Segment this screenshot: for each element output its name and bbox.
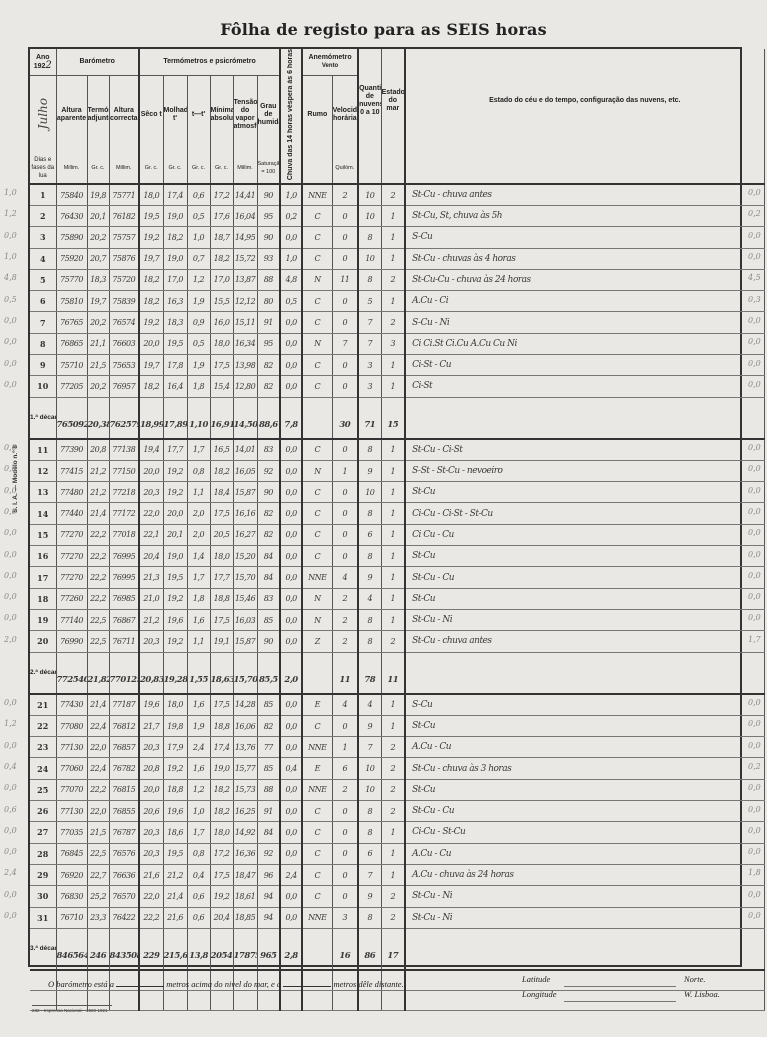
cell-chuva: 2,0 <box>280 652 302 694</box>
cell-vel: 0 <box>332 886 358 907</box>
cell-nuvens: 8 <box>358 609 381 630</box>
longitude-blank[interactable] <box>564 992 676 1002</box>
cell-diff: 2,4 <box>187 737 210 758</box>
cell-rumo: C <box>302 546 332 567</box>
cell-term-adj: 22,2 <box>87 567 109 588</box>
cell-hum: 82 <box>257 376 280 397</box>
cell-chuva: 0,0 <box>280 524 302 545</box>
cell-min: 19,1 <box>210 631 233 652</box>
cell-estado: S-Cu <box>405 694 764 715</box>
cell-mar: 2 <box>381 269 405 290</box>
cell-mar: 1 <box>381 546 405 567</box>
cell-seco: 20,3 <box>139 843 163 864</box>
day-number: 11 <box>30 439 56 460</box>
cell-molh: 19,5 <box>163 843 187 864</box>
register-sheet: Ano 1922 Barómetro Termómetros e psicróm… <box>28 47 742 967</box>
cell-mar: 1 <box>381 524 405 545</box>
cell-nuvens: 10 <box>358 758 381 779</box>
cell-diff: 1,9 <box>187 355 210 376</box>
cell-seco: 20,0 <box>139 779 163 800</box>
corrected-height-header: Altura correcta <box>109 76 139 154</box>
altitude-blank[interactable] <box>116 986 164 987</box>
cell-seco: 19,7 <box>139 355 163 376</box>
cell-mar: 1 <box>381 843 405 864</box>
cell-molh: 19,0 <box>163 205 187 226</box>
cell-vel: 2 <box>332 631 358 652</box>
cell-diff: 0,5 <box>187 333 210 354</box>
cell-hum: 82 <box>257 524 280 545</box>
cell-estado: A.Cu - Ci <box>405 291 764 312</box>
cell-tensao: 16,06 <box>233 715 257 736</box>
cell-alt-ap: 75710 <box>56 355 87 376</box>
cell-min: 18,2 <box>210 779 233 800</box>
cell-seco: 21,3 <box>139 567 163 588</box>
cell-molh: 19,28 <box>163 652 187 694</box>
cell-estado: A.Cu - Cu <box>405 843 764 864</box>
cell-molh: 19,2 <box>163 758 187 779</box>
cell-chuva: 0,0 <box>280 333 302 354</box>
margin-note-left: 0,0 <box>4 698 17 707</box>
cell-min: 18,4 <box>210 482 233 503</box>
margin-note-left: 2,4 <box>4 868 17 877</box>
cell-rumo: C <box>302 801 332 822</box>
cell-chuva: 0,0 <box>280 822 302 843</box>
cell-rumo: N <box>302 460 332 481</box>
cell-alt-ap: 77415 <box>56 460 87 481</box>
cell-alt-ap: 77270 <box>56 546 87 567</box>
cell-seco: 18,2 <box>139 376 163 397</box>
cell-term-adj: 21,4 <box>87 503 109 524</box>
cell-mar: 1 <box>381 482 405 503</box>
cell-hum: 80 <box>257 291 280 312</box>
cell-alt-ap: 772540 <box>56 652 87 694</box>
cell-nuvens: 10 <box>358 482 381 503</box>
cell-tensao: 14,92 <box>233 822 257 843</box>
unit-millim-2: Millim. <box>109 154 139 184</box>
table-row: 227708022,47681221,719,81,918,816,06820,… <box>30 715 764 736</box>
cell-tensao: 15,87 <box>233 631 257 652</box>
margin-note-left: 0,0 <box>4 911 17 920</box>
margin-note-left: 0,0 <box>4 592 17 601</box>
cell-estado: A.Cu - Cu <box>405 737 764 758</box>
cell-mar: 2 <box>381 312 405 333</box>
day-number: 28 <box>30 843 56 864</box>
cell-seco: 21,2 <box>139 609 163 630</box>
table-row: 87686521,17660320,019,50,518,016,34950,0… <box>30 333 764 354</box>
cell-mar: 1 <box>381 205 405 226</box>
cell-nuvens: 78 <box>358 652 381 694</box>
cell-seco: 18,2 <box>139 291 163 312</box>
cell-min: 18,8 <box>210 715 233 736</box>
cell-alt-ap: 77035 <box>56 822 87 843</box>
cell-estado: Ci-Cu - St-Cu <box>405 822 764 843</box>
cell-alt-ap: 76710 <box>56 907 87 928</box>
day-number: 6 <box>30 291 56 312</box>
unit-saturation: Saturação = 100 <box>257 154 280 184</box>
cell-alt-ap: 765092 <box>56 397 87 439</box>
cell-nuvens: 4 <box>358 694 381 715</box>
cell-seco: 19,6 <box>139 694 163 715</box>
cell-nuvens: 6 <box>358 843 381 864</box>
cell-seco: 229 <box>139 928 163 970</box>
cell-seco: 20,8 <box>139 758 163 779</box>
barometer-note-2: metros acima do nivel do mar, e a <box>166 979 281 989</box>
margin-note-left: 4,8 <box>4 273 17 282</box>
cell-estado: St-Cu <box>405 779 764 800</box>
cell-rumo: C <box>302 248 332 269</box>
cell-mar: 1 <box>381 609 405 630</box>
cell-estado: St-Cu <box>405 715 764 736</box>
cell-diff: 0,6 <box>187 886 210 907</box>
cell-chuva: 0,0 <box>280 715 302 736</box>
cell-estado: St-Cu, St, chuva às 5h <box>405 205 764 226</box>
margin-note-left: 0,0 <box>4 613 17 622</box>
cell-term-adj: 22,0 <box>87 737 109 758</box>
margin-note-left: 0,0 <box>4 316 17 325</box>
table-row: 297692022,77663621,621,20,417,518,47962,… <box>30 864 764 885</box>
cell-chuva: 0,5 <box>280 291 302 312</box>
cell-tensao: 12,80 <box>233 376 257 397</box>
margin-note-left: 0,0 <box>4 550 17 559</box>
blank-cell <box>210 990 233 1010</box>
cell-chuva: 0,0 <box>280 355 302 376</box>
table-row: 37589020,27575719,218,21,018,714,95900,0… <box>30 227 764 248</box>
observation-rows: 17584019,87577118,017,40,617,214,41901,0… <box>30 184 764 1010</box>
cell-min: 17,6 <box>210 205 233 226</box>
cell-vel: 30 <box>332 397 358 439</box>
cell-tensao: 15,70 <box>233 567 257 588</box>
cell-mar: 1 <box>381 355 405 376</box>
cell-min: 20,5 <box>210 524 233 545</box>
cell-alt-corr: 76603 <box>109 333 139 354</box>
cell-diff: 0,8 <box>187 460 210 481</box>
cell-tensao: 17875 <box>233 928 257 970</box>
cell-seco: 22,2 <box>139 907 163 928</box>
cell-diff: 1,9 <box>187 291 210 312</box>
cell-hum: 90 <box>257 184 280 205</box>
cell-min: 17,2 <box>210 843 233 864</box>
cell-alt-corr: 75720 <box>109 269 139 290</box>
cell-diff: 1,8 <box>187 588 210 609</box>
cell-term-adj: 20,8 <box>87 439 109 460</box>
cell-estado <box>405 928 764 970</box>
cell-estado: St-Cu-Cu - chuva às 24 horas <box>405 269 764 290</box>
cell-tensao: 18,85 <box>233 907 257 928</box>
day-number: 27 <box>30 822 56 843</box>
cell-alt-ap: 77205 <box>56 376 87 397</box>
day-number: 16 <box>30 546 56 567</box>
cell-min: 20,4 <box>210 907 233 928</box>
cell-molh: 18,8 <box>163 779 187 800</box>
cell-alt-ap: 75890 <box>56 227 87 248</box>
cell-chuva: 0,0 <box>280 227 302 248</box>
cell-alt-corr: 77172 <box>109 503 139 524</box>
cell-vel: 2 <box>332 184 358 205</box>
cell-min: 17,5 <box>210 355 233 376</box>
cell-min: 18,0 <box>210 333 233 354</box>
barometer-note: O barómetro está a metros acima do nivel… <box>48 979 404 989</box>
cell-nuvens: 9 <box>358 886 381 907</box>
cell-estado: St-Cu - chuva antes <box>405 184 764 205</box>
unit-grc-2: Gr. c. <box>139 154 163 184</box>
cell-hum: 94 <box>257 907 280 928</box>
margin-note-left: 1,0 <box>4 252 17 261</box>
cell-hum: 85 <box>257 694 280 715</box>
margin-note-left: 0,5 <box>4 295 17 304</box>
margin-note-left: 0,0 <box>4 571 17 580</box>
cell-rumo: C <box>302 503 332 524</box>
cell-term-adj: 22,2 <box>87 546 109 567</box>
day-number: 31 <box>30 907 56 928</box>
cell-alt-ap: 75840 <box>56 184 87 205</box>
day-number: 23 <box>30 737 56 758</box>
table-row: 307683025,27657022,021,40,619,218,61940,… <box>30 886 764 907</box>
cell-min: 18,0 <box>210 546 233 567</box>
cell-alt-ap: 77270 <box>56 524 87 545</box>
margin-note-left: 0,0 <box>4 380 17 389</box>
longitude-label: Longitude <box>522 987 564 1002</box>
cell-vel: 0 <box>332 801 358 822</box>
cell-tensao: 14,41 <box>233 184 257 205</box>
cell-min: 17,7 <box>210 567 233 588</box>
cell-estado: St-Cu - Ni <box>405 886 764 907</box>
cell-alt-ap: 76430 <box>56 205 87 226</box>
cell-alt-corr: 76570 <box>109 886 139 907</box>
cell-alt-corr: 76576 <box>109 843 139 864</box>
margin-note-left: 0,0 <box>4 826 17 835</box>
cell-rumo: C <box>302 291 332 312</box>
cell-alt-ap: 77390 <box>56 439 87 460</box>
cell-diff: 1,7 <box>187 567 210 588</box>
cell-min: 17,5 <box>210 694 233 715</box>
cell-mar: 2 <box>381 758 405 779</box>
cell-alt-corr: 75876 <box>109 248 139 269</box>
difference-header: t—t' <box>187 76 210 154</box>
cell-seco: 20,3 <box>139 631 163 652</box>
cell-hum: 965 <box>257 928 280 970</box>
table-row: 147744021,47717222,020,02,017,516,16820,… <box>30 503 764 524</box>
latitude-blank[interactable] <box>564 977 676 987</box>
day-number: 3 <box>30 227 56 248</box>
table-row: 267713022,07685520,619,61,018,216,25910,… <box>30 801 764 822</box>
cell-chuva: 0,0 <box>280 886 302 907</box>
table-row: 47592020,77587619,719,00,718,215,72931,0… <box>30 248 764 269</box>
cell-seco: 22,0 <box>139 503 163 524</box>
anemometer-group-header: AnemómetroVento <box>302 49 358 76</box>
cell-nuvens: 7 <box>358 864 381 885</box>
cell-alt-corr: 75839 <box>109 291 139 312</box>
cell-vel: 2 <box>332 588 358 609</box>
cell-nuvens: 4 <box>358 588 381 609</box>
table-row: 277703521,57678720,318,61,718,014,92840,… <box>30 822 764 843</box>
cell-alt-corr: 762579 <box>109 397 139 439</box>
cell-vel: 4 <box>332 567 358 588</box>
wind-label: Vento <box>322 63 338 69</box>
cell-nuvens: 3 <box>358 376 381 397</box>
cell-hum: 92 <box>257 460 280 481</box>
cell-estado: St-Cu - Cu <box>405 801 764 822</box>
cell-alt-ap: 77070 <box>56 779 87 800</box>
cell-molh: 16,3 <box>163 291 187 312</box>
cell-rumo: N <box>302 609 332 630</box>
cell-chuva: 0,0 <box>280 588 302 609</box>
cell-term-adj: 22,7 <box>87 864 109 885</box>
cell-term-adj: 20,2 <box>87 376 109 397</box>
day-number: 9 <box>30 355 56 376</box>
cell-nuvens: 8 <box>358 439 381 460</box>
cell-chuva: 0,0 <box>280 907 302 928</box>
cell-rumo: NNE <box>302 779 332 800</box>
cell-tensao: 13,98 <box>233 355 257 376</box>
cell-diff: 1,6 <box>187 609 210 630</box>
cell-nuvens: 8 <box>358 822 381 843</box>
margin-note-left: 1,0 <box>4 188 17 197</box>
cell-vel: 0 <box>332 546 358 567</box>
cell-alt-corr: 76995 <box>109 567 139 588</box>
cell-min: 19,0 <box>210 758 233 779</box>
day-number: 13 <box>30 482 56 503</box>
cell-seco: 20,3 <box>139 737 163 758</box>
cell-chuva: 0,0 <box>280 376 302 397</box>
cell-rumo <box>302 397 332 439</box>
cell-seco: 22,1 <box>139 524 163 545</box>
cell-estado: Ci-Cu - Ci-St - St-Cu <box>405 503 764 524</box>
cell-chuva: 0,4 <box>280 758 302 779</box>
cell-diff: 13,8 <box>187 928 210 970</box>
table-row: 317671023,37642222,221,60,620,418,85940,… <box>30 907 764 928</box>
cell-nuvens: 8 <box>358 546 381 567</box>
cell-diff: 1,9 <box>187 715 210 736</box>
cell-hum: 92 <box>257 843 280 864</box>
cell-diff: 2,0 <box>187 503 210 524</box>
cell-molh: 19,0 <box>163 248 187 269</box>
cell-estado: St-Cu <box>405 482 764 503</box>
humidity-header: Grau de humidade <box>257 76 280 154</box>
cell-chuva: 0,0 <box>280 567 302 588</box>
cell-tensao: 16,16 <box>233 503 257 524</box>
cell-rumo: C <box>302 227 332 248</box>
cell-vel: 11 <box>332 269 358 290</box>
cell-rumo <box>302 928 332 970</box>
margin-note-left: 0,0 <box>4 231 17 240</box>
cell-seco: 21,7 <box>139 715 163 736</box>
cell-seco: 20,3 <box>139 482 163 503</box>
cell-tensao: 16,25 <box>233 801 257 822</box>
cell-molh: 20,0 <box>163 503 187 524</box>
unit-blank-4 <box>405 154 764 184</box>
cell-chuva: 0,0 <box>280 737 302 758</box>
cell-alt-ap: 77080 <box>56 715 87 736</box>
cell-min: 18,7 <box>210 227 233 248</box>
distance-blank[interactable] <box>283 986 331 987</box>
cell-hum: 90 <box>257 227 280 248</box>
cell-hum: 96 <box>257 864 280 885</box>
margin-note-left: 0,0 <box>4 741 17 750</box>
cell-seco: 22,0 <box>139 886 163 907</box>
cell-seco: 20,6 <box>139 801 163 822</box>
cell-alt-corr: 75757 <box>109 227 139 248</box>
cell-alt-corr: 77218 <box>109 482 139 503</box>
cell-term-adj: 19,8 <box>87 184 109 205</box>
cell-term-adj: 21,5 <box>87 355 109 376</box>
apparent-height-header: Altura aparente <box>56 76 87 154</box>
cell-vel: 0 <box>332 439 358 460</box>
table-row: 17584019,87577118,017,40,617,214,41901,0… <box>30 184 764 205</box>
cell-nuvens: 9 <box>358 715 381 736</box>
cell-rumo: NNE <box>302 907 332 928</box>
cell-nuvens: 8 <box>358 269 381 290</box>
table-row: 257707022,27681520,018,81,218,215,73880,… <box>30 779 764 800</box>
table-row: 197714022,57686721,219,61,617,516,03850,… <box>30 609 764 630</box>
cell-chuva: 0,0 <box>280 694 302 715</box>
minimum-header: Mínima absoluta <box>210 76 233 154</box>
cell-min: 2054 <box>210 928 233 970</box>
cell-diff: 1,0 <box>187 801 210 822</box>
cell-molh: 17,4 <box>163 184 187 205</box>
decade-label: 2.ª década <box>30 652 56 694</box>
cell-tensao: 15,46 <box>233 588 257 609</box>
cell-seco: 19,2 <box>139 227 163 248</box>
form-model-label: S. I. A. — Modêlo n.º 8 <box>12 445 19 513</box>
cell-vel: 0 <box>332 205 358 226</box>
day-number: 30 <box>30 886 56 907</box>
cell-estado: St-Cu - chuvas às 4 horas <box>405 248 764 269</box>
cell-alt-ap: 77140 <box>56 609 87 630</box>
cell-mar: 3 <box>381 333 405 354</box>
cell-chuva: 0,0 <box>280 843 302 864</box>
cell-chuva: 0,0 <box>280 779 302 800</box>
cell-vel: 0 <box>332 822 358 843</box>
cell-vel: 0 <box>332 312 358 333</box>
cell-mar: 1 <box>381 822 405 843</box>
cell-diff: 1,4 <box>187 546 210 567</box>
cell-min: 19,2 <box>210 886 233 907</box>
cell-vel: 0 <box>332 482 358 503</box>
cell-alt-corr: 76985 <box>109 588 139 609</box>
cell-mar: 2 <box>381 886 405 907</box>
cell-alt-corr: 76957 <box>109 376 139 397</box>
cell-diff: 1,2 <box>187 269 210 290</box>
margin-note-left: 0,0 <box>4 464 17 473</box>
cell-min: 15,4 <box>210 376 233 397</box>
cell-rumo: N <box>302 269 332 290</box>
blank-cell <box>257 990 280 1010</box>
cell-vel: 0 <box>332 503 358 524</box>
cell-tensao: 16,27 <box>233 524 257 545</box>
cell-molh: 19,6 <box>163 801 187 822</box>
latitude-label: Latitude <box>522 972 564 987</box>
cell-hum: 90 <box>257 482 280 503</box>
cell-term-adj: 22,5 <box>87 843 109 864</box>
blank-cell <box>163 990 187 1010</box>
cell-nuvens: 9 <box>358 460 381 481</box>
cell-seco: 21,6 <box>139 864 163 885</box>
cell-tensao: 15,11 <box>233 312 257 333</box>
cell-diff: 0,7 <box>187 248 210 269</box>
blank-cell <box>302 990 332 1010</box>
blank-cell <box>187 990 210 1010</box>
cell-alt-ap: 75770 <box>56 269 87 290</box>
barometer-note-3: metros dêle distante. <box>333 979 403 989</box>
cell-term-adj: 21,2 <box>87 460 109 481</box>
decade-summary-row: 3.ª década846564246843508229215,613,8205… <box>30 928 764 970</box>
wind-direction-header: Rumo <box>302 76 332 154</box>
cell-hum: 83 <box>257 439 280 460</box>
cell-hum: 85 <box>257 609 280 630</box>
unit-blank-2 <box>358 154 381 184</box>
unit-grc-5: Gr. c. <box>210 154 233 184</box>
cell-molh: 19,5 <box>163 567 187 588</box>
